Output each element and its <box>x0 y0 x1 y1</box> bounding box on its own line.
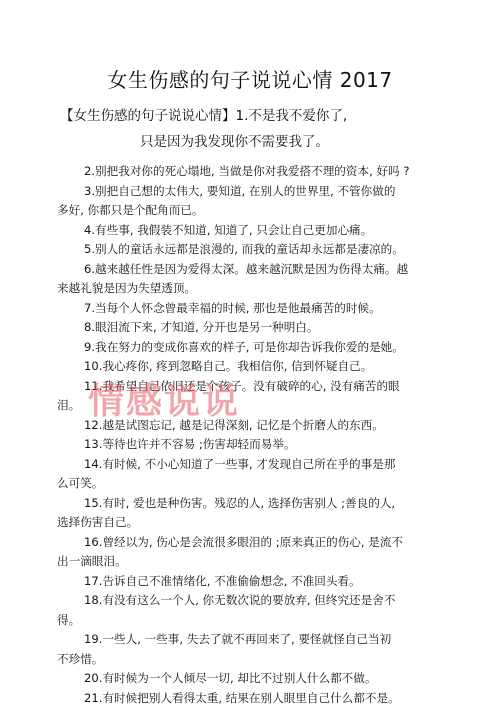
quote-line: 19.一些人, 一些事, 失去了就不再回来了, 要怪就怪自己当初 <box>84 631 391 647</box>
quote-line: 4.有些事, 我假装不知道, 知道了, 只会让自己更加心痛。 <box>84 222 372 238</box>
quote-line: 选择伤害自己。 <box>57 514 138 530</box>
intro-line-2: 只是因为我发现你不需要我了。 <box>140 130 329 150</box>
quote-line: 不珍惜。 <box>57 651 103 667</box>
quote-line: 17.告诉自己不准情绪化, 不准偷偷想念, 不准回头看。 <box>84 573 361 589</box>
quote-line: 18.有没有这么一个人, 你无数次说的要放弃, 但终究还是舍不 <box>84 592 395 608</box>
intro-line-1: 【女生伤感的句子说说心情】1.不是我不爱你了, <box>60 104 347 124</box>
document-title: 女生伤感的句子说说心情 2017 <box>0 64 500 93</box>
quote-line: 20.有时候为一个人倾尽一切, 却比不过别人什么都不做。 <box>84 670 376 686</box>
quote-line: 2.别把我对你的死心塌地, 当做是你对我爱搭不理的资本, 好吗 ? <box>84 163 410 179</box>
quote-line: 16.曾经以为, 伤心是会流很多眼泪的 ;原来真正的伤心, 是流不 <box>84 534 403 550</box>
quote-line: 么可笑。 <box>57 475 103 491</box>
quote-line: 8.眼泪流下来, 才知道, 分开也是另一种明白。 <box>84 319 319 335</box>
quote-line: 来越礼貌是因为失望透顶。 <box>57 280 196 296</box>
quote-line: 多好, 你都只是个配角而已。 <box>57 202 204 218</box>
quote-line: 14.有时候, 不小心知道了一些事, 才发现自己所在乎的事是那 <box>84 456 395 472</box>
quote-line: 10.我心疼你, 疼到忽略自己。我相信你, 信到怀疑自己。 <box>84 358 372 374</box>
quote-line: 21.有时候把别人看得太重, 结果在别人眼里自己什么都不是。 <box>84 690 400 706</box>
quote-line: 13.等待也许并不容易 ;伤害却轻而易举。 <box>84 436 296 452</box>
quote-line: 出一滴眼泪。 <box>57 553 127 569</box>
quote-line: 11.我希望自己依旧还是个孩子。没有破碎的心, 没有痛苦的眼 <box>84 378 400 394</box>
quote-line: 9.我在努力的变成你喜欢的样子, 可是你却告诉我你爱的是她。 <box>84 339 404 355</box>
quote-line: 15.有时, 爱也是种伤害。残忍的人, 选择伤害别人 ;善良的人, <box>84 495 395 511</box>
quote-line: 泪。 <box>57 397 80 413</box>
quote-line: 7.当每个人怀念曾最幸福的时候, 那也是他最痛苦的时候。 <box>84 300 381 316</box>
quote-line: 3.别把自己想的太伟大, 要知道, 在别人的世界里, 不管你做的 <box>84 183 395 199</box>
quote-line: 5.别人的童话永远都是浪漫的, 而我的童话却永远都是凄凉的。 <box>84 241 404 257</box>
quote-line: 得。 <box>57 612 80 628</box>
quote-line: 6.越来越任性是因为爱得太深。越来越沉默是因为伤得太痛。越 <box>84 261 408 277</box>
quote-line: 12.越是试图忘记, 越是记得深刻, 记忆是个折磨人的东西。 <box>84 417 384 433</box>
